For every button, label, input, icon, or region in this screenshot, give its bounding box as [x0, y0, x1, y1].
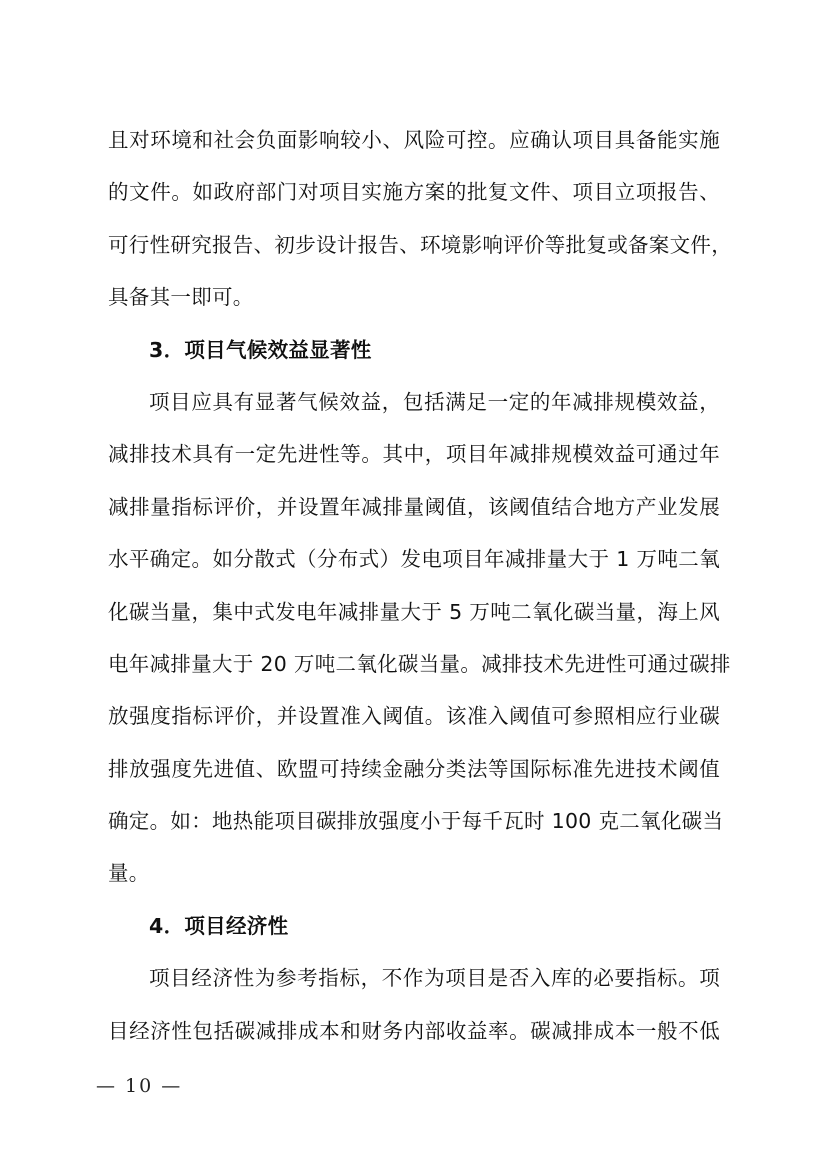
- paragraph-line: 目经济性包括碳减排成本和财务内部收益率。碳减排成本一般不低: [108, 1005, 720, 1057]
- paragraph-line: 具备其一即可。: [108, 271, 720, 323]
- paragraph-line: 减排技术具有一定先进性等。其中，项目年减排规模效益可通过年: [108, 428, 720, 480]
- page-number: — 10 —: [96, 1075, 182, 1097]
- paragraph-line: 电年减排量大于 20 万吨二氧化碳当量。减排技术先进性可通过碳排: [108, 638, 720, 690]
- paragraph-line: 水平确定。如分散式（分布式）发电项目年减排量大于 1 万吨二氧: [108, 533, 720, 585]
- section-heading-4: 4．项目经济性: [108, 900, 720, 952]
- paragraph-line: 放强度指标评价，并设置准入阈值。该准入阈值可参照相应行业碳: [108, 690, 720, 742]
- paragraph-line: 且对环境和社会负面影响较小、风险可控。应确认项目具备能实施: [108, 114, 720, 166]
- paragraph-line: 确定。如：地热能项目碳排放强度小于每千瓦时 100 克二氧化碳当: [108, 795, 720, 847]
- paragraph-line: 项目经济性为参考指标，不作为项目是否入库的必要指标。项: [108, 952, 720, 1004]
- paragraph-line: 量。: [108, 847, 720, 899]
- paragraph-line: 可行性研究报告、初步设计报告、环境影响评价等批复或备案文件，: [108, 219, 720, 271]
- paragraph-line: 排放强度先进值、欧盟可持续金融分类法等国际标准先进技术阈值: [108, 743, 720, 795]
- paragraph-line: 减排量指标评价，并设置年减排量阈值，该阈值结合地方产业发展: [108, 481, 720, 533]
- paragraph-line: 的文件。如政府部门对项目实施方案的批复文件、项目立项报告、: [108, 166, 720, 218]
- paragraph-line: 化碳当量，集中式发电年减排量大于 5 万吨二氧化碳当量，海上风: [108, 586, 720, 638]
- paragraph-line: 项目应具有显著气候效益，包括满足一定的年减排规模效益，: [108, 376, 720, 428]
- section-heading-3: 3．项目气候效益显著性: [108, 324, 720, 376]
- document-page: 且对环境和社会负面影响较小、风险可控。应确认项目具备能实施 的文件。如政府部门对…: [108, 114, 720, 1057]
